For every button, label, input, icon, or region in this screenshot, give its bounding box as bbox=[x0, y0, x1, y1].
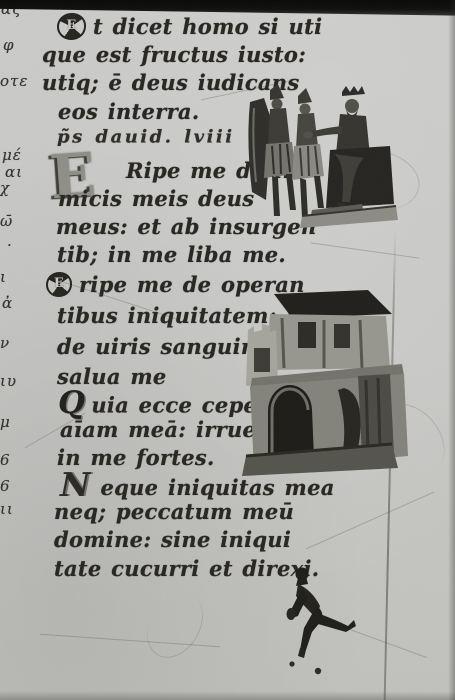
scratch bbox=[310, 242, 419, 258]
decorated-initial: E bbox=[46, 272, 72, 297]
text-line: neq; peccatum meū bbox=[54, 497, 294, 524]
margin-glyph: χ bbox=[0, 179, 10, 197]
scratch bbox=[136, 582, 214, 668]
margin-glyph: μ bbox=[0, 413, 11, 431]
margin-glyph: μέ bbox=[2, 146, 22, 164]
king-enthroned-with-two-soldiers-illustration bbox=[246, 82, 408, 230]
photo-bottom-shadow bbox=[0, 691, 455, 700]
line-text: neq; peccatum meū bbox=[54, 499, 294, 524]
margin-glyph: 6 bbox=[0, 451, 11, 469]
scratch bbox=[40, 634, 220, 648]
text-line: tib; in me liba me. bbox=[57, 240, 286, 267]
margin-glyph: ι bbox=[0, 268, 7, 286]
line-text: t dicet homo si uti bbox=[93, 14, 322, 39]
photo-right-shadow bbox=[448, 0, 455, 700]
line-text: que est fructus iusto: bbox=[42, 42, 306, 67]
decorated-initial: E bbox=[57, 13, 86, 40]
text-line: eos interra. bbox=[58, 97, 199, 124]
margin-glyph: 6 bbox=[0, 477, 11, 495]
line-text: micis meis deus bbox=[58, 186, 254, 211]
margin-glyph: φ bbox=[3, 36, 15, 54]
text-line: Et dicet homo si uti bbox=[57, 12, 322, 40]
line-text: tib; in me liba me. bbox=[57, 242, 286, 267]
line-text: eos interra. bbox=[58, 99, 199, 124]
fleeing-man-illustration bbox=[272, 562, 368, 678]
margin-glyph: ω̄ bbox=[0, 212, 13, 230]
text-line: que est fructus iusto: bbox=[42, 40, 306, 67]
manuscript-photo: ας φ οτε μέ αι χ ω̄ · ι ἀ ν ιυ μ 6 6 ιι … bbox=[0, 0, 455, 700]
text-line: domine: sine iniqui bbox=[54, 525, 291, 552]
margin-glyph: · bbox=[7, 236, 13, 254]
line-text: domine: sine iniqui bbox=[54, 527, 291, 552]
margin-glyph: ἀ bbox=[2, 294, 13, 312]
rubric-line: p̃s dauid. lviii bbox=[57, 126, 235, 148]
margin-glyph: ιυ bbox=[0, 372, 17, 390]
margin-glyph: οτε bbox=[0, 72, 28, 90]
margin-glyph: ιι bbox=[0, 500, 14, 518]
margin-glyph: ν bbox=[0, 334, 10, 352]
fortified-house-with-arched-doorway-illustration bbox=[240, 288, 420, 476]
line-text: p̃s dauid. lviii bbox=[57, 127, 235, 148]
text-line: micis meis deus bbox=[58, 184, 254, 211]
